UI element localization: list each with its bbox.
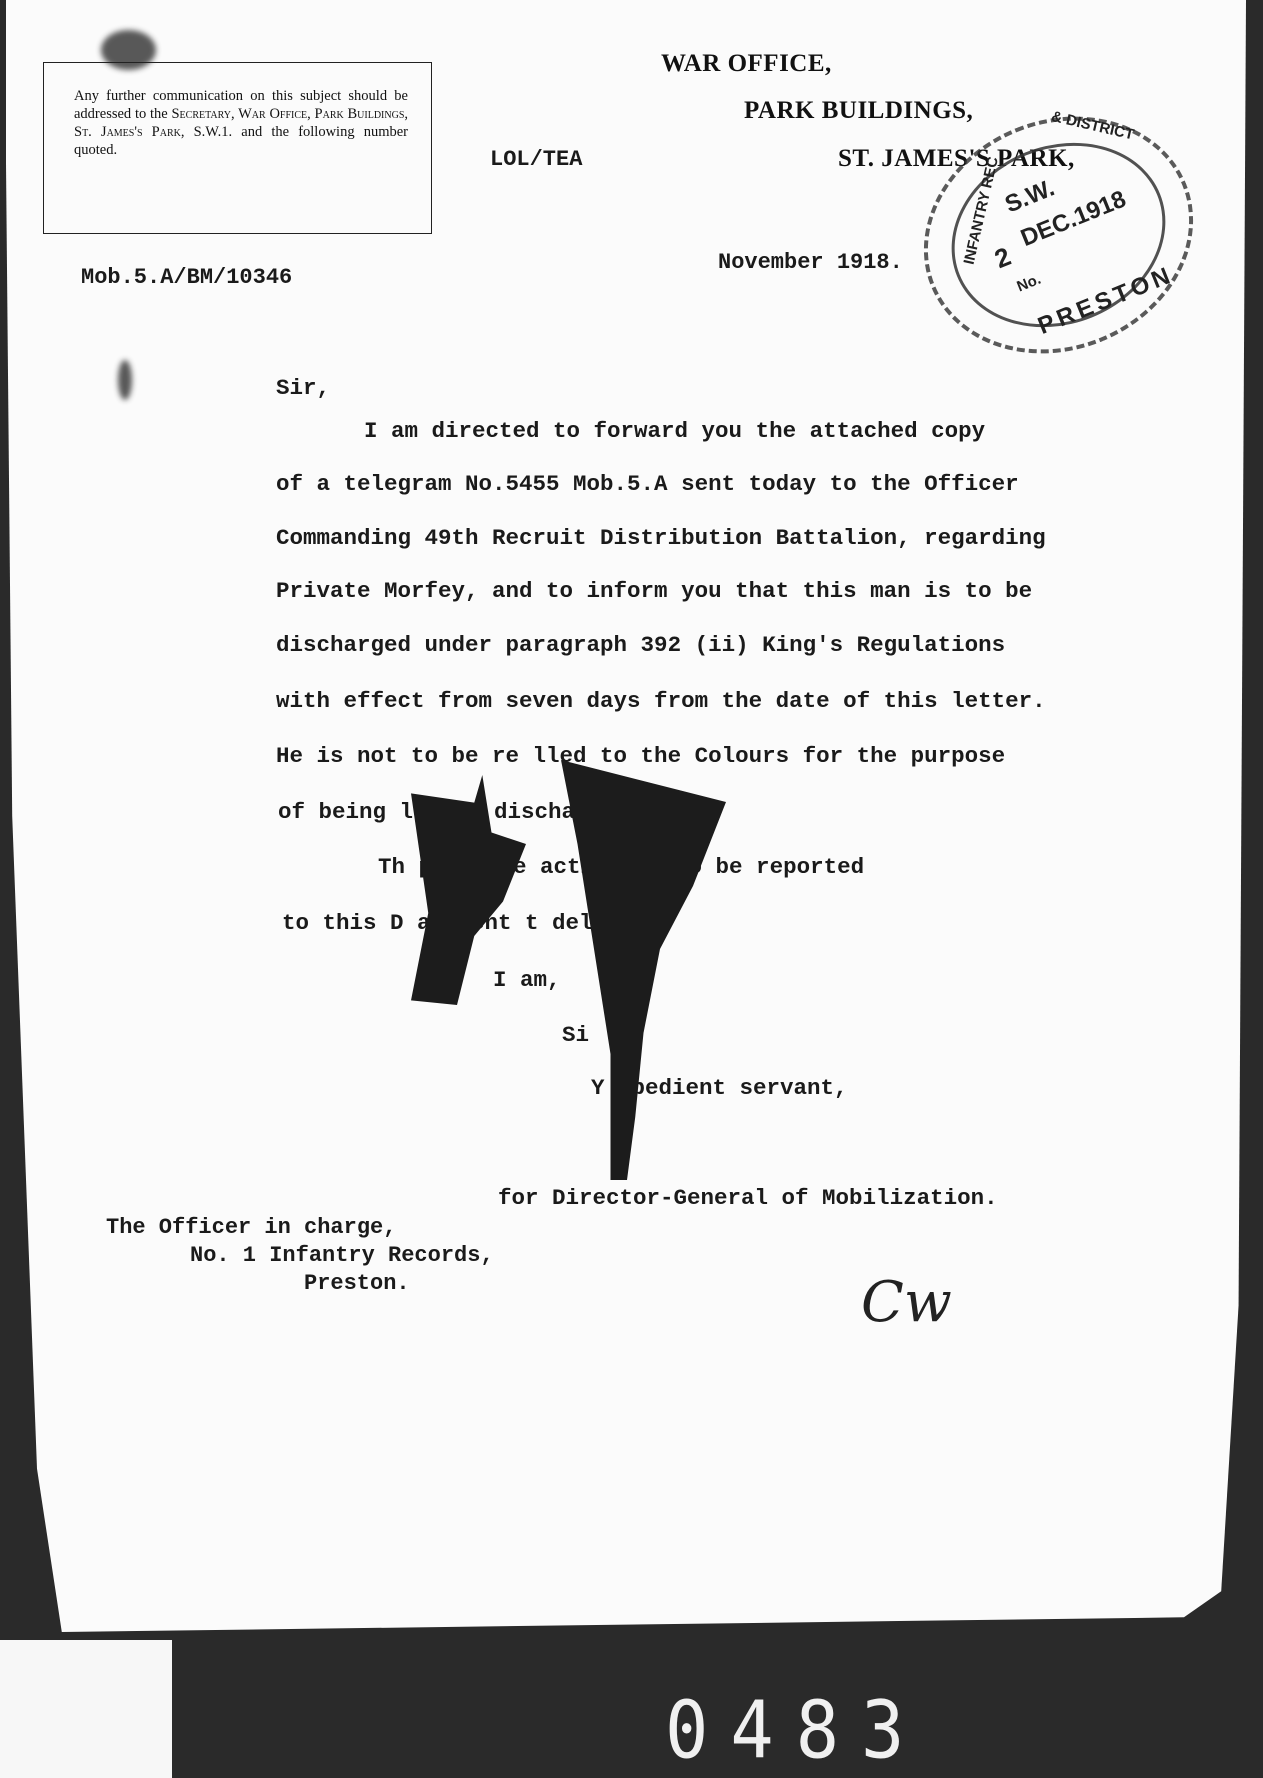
signatory: for Director-General of Mobilization. [498,1185,998,1211]
letter-page: Any further communication on this subjec… [6,0,1246,1632]
salutation: Sir, [276,375,330,401]
body-line: I am directed to forward you the attache… [364,418,985,444]
frame-number: 0483 [665,1684,926,1776]
reference-number: Mob.5.A/BM/10346 [81,265,292,290]
letterhead-line-2: PARK BUILDINGS, [744,97,973,125]
notice-box: Any further communication on this subjec… [43,62,432,234]
torn-hole [561,760,726,1180]
body-line: discharged under paragraph 392 (ii) King… [276,632,1005,658]
body-line: with effect from seven days from the dat… [276,688,1046,714]
handwritten-initials: Cw [861,1270,952,1335]
notice-text: Any further communication on this subjec… [74,87,408,159]
addressee-line-2: No. 1 Infantry Records, [190,1243,494,1268]
body-line: He is not to be re lled to the Colours f… [276,743,1005,769]
closing-i-am: I am, [493,967,561,993]
body-line: Private Morfey, and to inform you that t… [276,578,1032,604]
letter-date: November 1918. [718,250,903,275]
ink-blot [118,360,132,400]
body-line: of a telegram No.5455 Mob.5.A sent today… [276,471,1019,497]
addressee-line-1: The Officer in charge, [106,1215,396,1240]
letterhead-line-1: WAR OFFICE, [661,50,832,78]
typist-initials: LOL/TEA [490,147,582,172]
film-strip-blank [0,1640,172,1778]
closing-sir: Si [562,1022,589,1048]
addressee-line-3: Preston. [304,1271,410,1296]
body-line: Commanding 49th Recruit Distribution Bat… [276,525,1046,551]
